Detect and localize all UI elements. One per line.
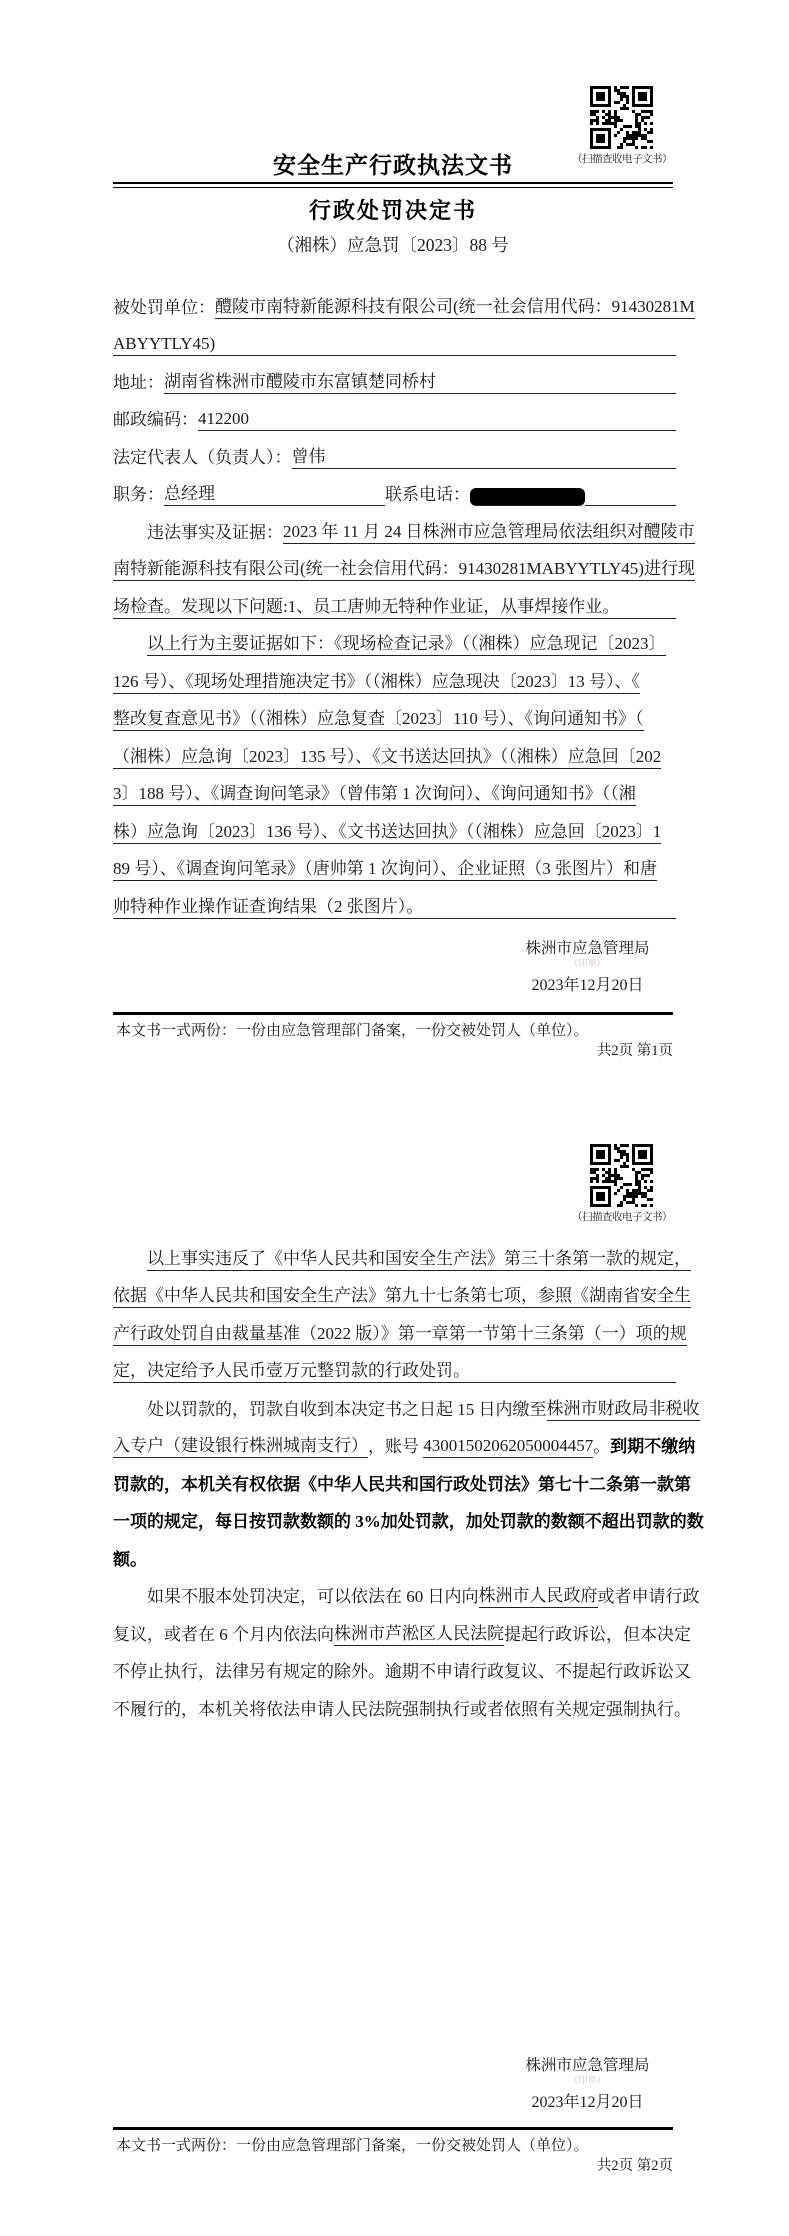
document-category-title: 安全生产行政执法文书: [113, 147, 673, 180]
text-line: 产行政处罚自由裁量基准（2022 版）》第一章第一节第十三条第（一）项的规: [113, 1308, 676, 1346]
text-line: 被处罚单位：醴陵市南特新能源科技有限公司(统一社会信用代码：91430281M: [113, 281, 676, 319]
text-segment: 或者申请行政: [598, 1585, 700, 1608]
text-line: 以上行为主要证据如下：《现场检查记录》（（湘株）应急现记〔2023〕: [113, 619, 676, 657]
page2-footer-note: 本文书一式两份：一份由应急管理部门备案，一份交被处罚人（单位）。: [116, 2134, 676, 2155]
text-segment: 产行政处罚自由裁量基准（2022 版）》第一章第一节第十三条第（一）项的规: [113, 1322, 687, 1346]
text-line: 126 号）、《现场处理措施决定书》（（湘株）应急现决〔2023〕13 号）、《: [113, 656, 676, 694]
text-line: 整改复查意见书》（（湘株）应急复查〔2023〕110 号）、《询问通知书》（: [113, 694, 676, 732]
text-line: 一项的规定，每日按罚款数额的 3%加处罚款，加处罚款的数额不超出罚款的数: [113, 1496, 676, 1534]
text-segment: 到期不缴纳: [610, 1435, 695, 1458]
text-segment: 职务：: [113, 483, 164, 506]
signature-agency: 株洲市应急管理局: [505, 936, 670, 958]
text-segment: 额。: [113, 1548, 147, 1571]
text-segment: 定，决定给予人民币壹万元整罚款的行政处罚。: [113, 1359, 470, 1383]
underline-filler: [215, 332, 676, 356]
text-line: 89 号）、《调查询问笔录》（唐帅第 1 次询问）、企业证照（3 张图片）和唐: [113, 844, 676, 882]
signature-agency: 株洲市应急管理局: [505, 2053, 670, 2075]
text-line: 违法事实及证据：2023 年 11 月 24 日株洲市应急管理局依法组织对醴陵市: [113, 506, 676, 544]
text-line: 罚款的，本机关有权依据《中华人民共和国行政处罚法》第七十二条第一款第: [113, 1458, 676, 1496]
text-segment: 南特新能源科技有限公司(统一社会信用代码：91430281MABYYTLY45)…: [113, 557, 695, 581]
document-scan: （扫描查收电子文书） 安全生产行政执法文书 行政处罚决定书 （湘株）应急罚〔20…: [0, 0, 789, 2236]
text-segment: 提起行政诉讼，但本决定: [504, 1623, 691, 1646]
text-segment: 地址：: [113, 371, 164, 394]
text-line: 帅特种作业操作证查询结果（2 张图片）。: [113, 881, 676, 919]
text-segment: [113, 1248, 147, 1271]
text-segment: 邮政编码：: [113, 408, 198, 431]
text-segment: 入专户（建设银行株洲城南支行）: [113, 1434, 368, 1458]
signature-date: 2023年12月20日: [505, 972, 670, 995]
page1-body-text: 被处罚单位：醴陵市南特新能源科技有限公司(统一社会信用代码：91430281MA…: [113, 281, 676, 919]
text-segment: 不停止执行，法律另有规定的除外。逾期不申请行政复议、不提起行政诉讼又: [113, 1660, 691, 1683]
text-segment: 复议，或者在 6 个月内依法向: [113, 1623, 334, 1646]
text-line: 南特新能源科技有限公司(统一社会信用代码：91430281MABYYTLY45)…: [113, 544, 676, 582]
text-segment: 。: [593, 1435, 610, 1458]
text-segment: 以上行为主要证据如下：《现场检查记录》（（湘株）应急现记〔2023〕: [147, 632, 666, 656]
text-segment: 处以罚款的，罚款自收到本决定书之日起 15 日内缴至: [113, 1398, 547, 1421]
redaction-box: [470, 488, 585, 506]
page1-signature-block: 株洲市应急管理局 （印章） 2023年12月20日: [505, 936, 670, 995]
text-line: 如果不服本处罚决定，可以依法在 60 日内向株洲市人民政府或者申请行政: [113, 1571, 676, 1609]
page2-footer-rule: [113, 2127, 673, 2130]
text-segment: 株洲市芦淞区人民法院: [334, 1622, 504, 1646]
text-line: 复议，或者在 6 个月内依法向株洲市芦淞区人民法院提起行政诉讼，但本决定: [113, 1608, 676, 1646]
text-segment: 株洲市人民政府: [479, 1584, 598, 1608]
text-segment: 以上事实违反了《中华人民共和国安全生产法》第三十条第一款的规定，: [147, 1247, 691, 1271]
underline-filler: [470, 1359, 676, 1383]
text-segment: 醴陵市南特新能源科技有限公司(统一社会信用代码：91430281M: [215, 295, 695, 319]
text-line: 额。: [113, 1533, 676, 1571]
text-segment: 法定代表人（负责人）：: [113, 446, 292, 469]
text-segment: 株洲市财政局非税收: [547, 1397, 700, 1421]
underline-filler: [585, 482, 676, 506]
underline-filler: [249, 407, 676, 431]
text-segment: 126 号）、《现场处理措施决定书》（（湘株）应急现决〔2023〕13 号）、《: [113, 670, 640, 694]
seal-placeholder: （印章）: [505, 2075, 670, 2086]
text-line: 地址：湖南省株洲市醴陵市东富镇楚同桥村: [113, 356, 676, 394]
text-segment: [113, 633, 147, 656]
text-segment: 89 号）、《调查询问笔录》（唐帅第 1 次询问）、企业证照（3 张图片）和唐: [113, 857, 657, 881]
text-segment: ，账号: [368, 1435, 423, 1458]
page1-page-indicator: 共2页 第1页: [113, 1039, 673, 1060]
text-line: 以上事实违反了《中华人民共和国安全生产法》第三十条第一款的规定，: [113, 1233, 676, 1271]
text-segment: 株）应急询〔2023〕136 号）、《文书送达回执》（（湘株）应急回〔2023〕…: [113, 820, 661, 844]
text-segment: 帅特种作业操作证查询结果（2 张图片）。: [113, 895, 423, 919]
text-segment: 2023 年 11 月 24 日株洲市应急管理局依法组织对醴陵市: [283, 520, 695, 544]
text-segment: ABYYTLY45): [113, 332, 215, 356]
text-segment: 412200: [198, 407, 249, 431]
underline-filler: [436, 370, 676, 394]
page2-body-text: 以上事实违反了《中华人民共和国安全生产法》第三十条第一款的规定，依据《中华人民共…: [113, 1233, 676, 1721]
text-segment: 罚款的，本机关有权依据《中华人民共和国行政处罚法》第七十二条第一款第: [113, 1473, 691, 1496]
document-number: （湘株）应急罚〔2023〕88 号: [113, 232, 673, 257]
text-segment: 曾伟: [292, 445, 326, 469]
text-segment: [215, 505, 385, 506]
text-segment: 场检查。发现以下问题:1、员工唐帅无特种作业证，从事焊接作业。: [113, 595, 619, 619]
text-segment: 总经理: [164, 482, 215, 506]
underline-filler: [619, 595, 676, 619]
text-line: 法定代表人（负责人）：曾伟: [113, 431, 676, 469]
text-segment: 43001502062050004457: [423, 1434, 593, 1458]
text-line: 依据《中华人民共和国安全生产法》第九十七条第七项，参照《湖南省安全生: [113, 1271, 676, 1309]
text-segment: 如果不服本处罚决定，可以依法在 60 日内向: [113, 1585, 479, 1608]
text-line: 邮政编码：412200: [113, 394, 676, 432]
page-title: 行政处罚决定书: [113, 194, 673, 225]
text-line: 不履行的，本机关将依法申请人民法院强制执行或者依照有关规定强制执行。: [113, 1683, 676, 1721]
page2-signature-block: 株洲市应急管理局 （印章） 2023年12月20日: [505, 2053, 670, 2112]
text-line: 入专户（建设银行株洲城南支行），账号 43001502062050004457。…: [113, 1421, 676, 1459]
text-segment: 被处罚单位：: [113, 296, 215, 319]
underline-filler: [423, 895, 676, 919]
text-segment: （湘株）应急询〔2023〕135 号）、《文书送达回执》（（湘株）应急回〔202: [113, 745, 661, 769]
text-segment: 整改复查意见书》（（湘株）应急复查〔2023〕110 号）、《询问通知书》（: [113, 707, 644, 731]
text-segment: 违法事实及证据：: [113, 521, 283, 544]
text-segment: 一项的规定，每日按罚款数额的 3%加处罚款，加处罚款的数额不超出罚款的数: [113, 1510, 704, 1533]
signature-date: 2023年12月20日: [505, 2089, 670, 2112]
text-line: （湘株）应急询〔2023〕135 号）、《文书送达回执》（（湘株）应急回〔202: [113, 731, 676, 769]
text-line: 3〕188 号）、《调查询问笔录》（曾伟第 1 次询问）、《询问通知书》（（湘: [113, 769, 676, 807]
text-segment: 联系电话：: [385, 483, 470, 506]
page1-footer-note: 本文书一式两份：一份由应急管理部门备案，一份交被处罚人（单位）。: [116, 1019, 676, 1040]
text-line: 处以罚款的，罚款自收到本决定书之日起 15 日内缴至株洲市财政局非税收: [113, 1383, 676, 1421]
text-line: 职务：总经理联系电话：: [113, 469, 676, 507]
text-segment: 湖南省株洲市醴陵市东富镇楚同桥村: [164, 370, 436, 394]
qr-caption: （扫描查收电子文书）: [556, 1209, 688, 1224]
page1-footer-rule: [113, 1012, 673, 1015]
text-segment: 不履行的，本机关将依法申请人民法院强制执行或者依照有关规定强制执行。: [113, 1698, 691, 1721]
seal-placeholder: （印章）: [505, 958, 670, 969]
text-segment: 3〕188 号）、《调查询问笔录》（曾伟第 1 次询问）、《询问通知书》（（湘: [113, 782, 636, 806]
qr-code: [590, 86, 653, 149]
underline-filler: [326, 445, 677, 469]
text-line: 不停止执行，法律另有规定的除外。逾期不申请行政复议、不提起行政诉讼又: [113, 1646, 676, 1684]
text-segment: 依据《中华人民共和国安全生产法》第九十七条第七项，参照《湖南省安全生: [113, 1284, 691, 1308]
text-line: 定，决定给予人民币壹万元整罚款的行政处罚。: [113, 1346, 676, 1384]
page2-page-indicator: 共2页 第2页: [113, 2154, 673, 2175]
header-double-rule: [113, 182, 673, 188]
text-line: 株）应急询〔2023〕136 号）、《文书送达回执》（（湘株）应急回〔2023〕…: [113, 806, 676, 844]
qr-code: [590, 1144, 653, 1207]
text-line: ABYYTLY45): [113, 319, 676, 357]
text-line: 场检查。发现以下问题:1、员工唐帅无特种作业证，从事焊接作业。: [113, 581, 676, 619]
